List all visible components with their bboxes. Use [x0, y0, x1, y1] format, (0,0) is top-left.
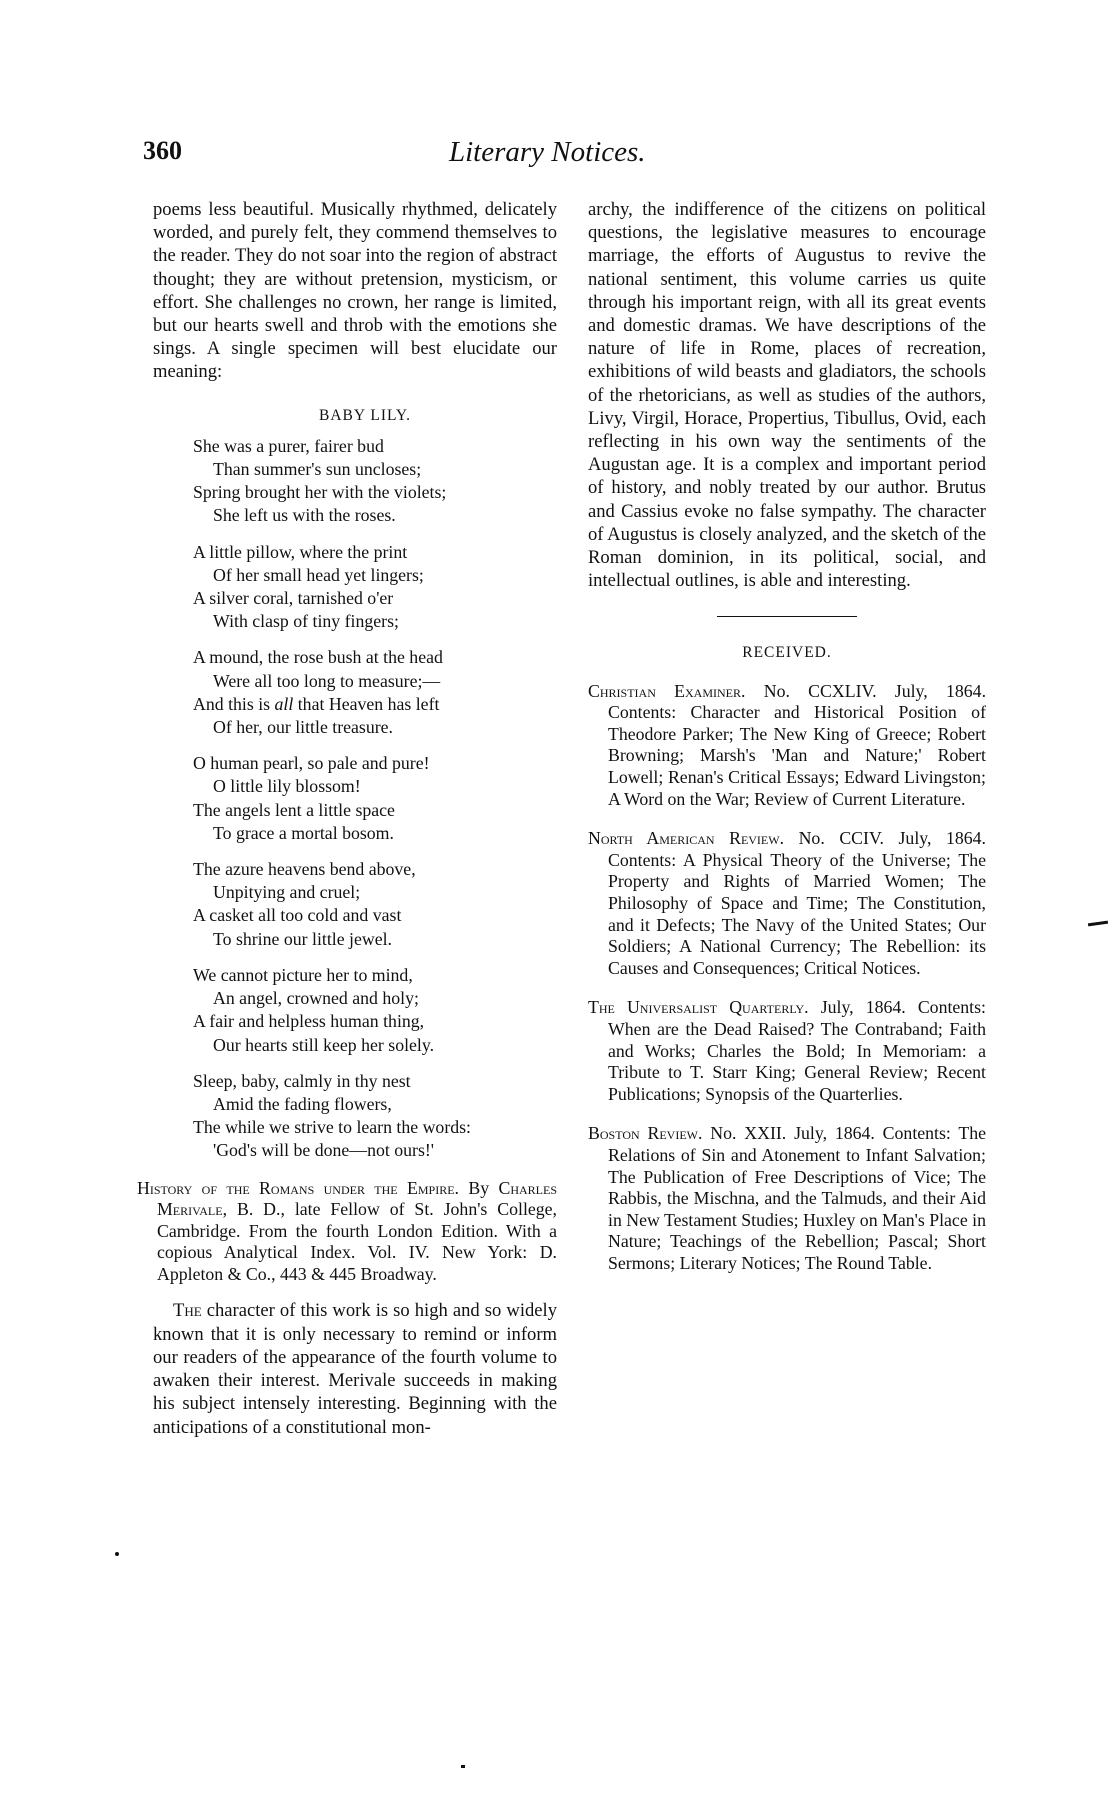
poem-line-with-italic: And this is all that Heaven has left	[193, 693, 557, 716]
poem-line: To shrine our little jewel.	[193, 928, 557, 951]
periodical-name: Christian Examiner.	[588, 681, 745, 701]
poem-line: We cannot picture her to mind,	[193, 964, 557, 987]
poem-text: And this is	[193, 694, 275, 714]
review-lead-word: The	[173, 1300, 202, 1321]
poem-line: The while we strive to learn the words:	[193, 1116, 557, 1139]
poem-line: Amid the fading flowers,	[193, 1093, 557, 1116]
scan-artifact-dot	[115, 1552, 119, 1556]
periodical-name: Boston Review.	[588, 1123, 702, 1143]
poem-line: Were all too long to measure;—	[193, 670, 557, 693]
poem-line: Spring brought her with the violets;	[193, 481, 557, 504]
page-number: 360	[143, 136, 182, 166]
right-column: archy, the indifference of the citizens …	[588, 198, 986, 1293]
poem-line: Sleep, baby, calmly in thy nest	[193, 1070, 557, 1093]
poem-line: Of her, our little treasure.	[193, 716, 557, 739]
periodical-contents: No. CCIV. July, 1864. Contents: A Physic…	[608, 828, 986, 978]
poem-line: Our hearts still keep her solely.	[193, 1034, 557, 1057]
poem-line: She left us with the roses.	[193, 504, 557, 527]
received-heading: RECEIVED.	[588, 641, 986, 664]
poem-stanza: A little pillow, where the print Of her …	[193, 541, 557, 634]
poem-line: With clasp of tiny fingers;	[193, 610, 557, 633]
document-page: 360 Literary Notices. poems less beautif…	[0, 0, 1120, 1800]
book-title: History of the Romans under the Empire.	[137, 1178, 459, 1198]
poem-line: To grace a mortal bosom.	[193, 822, 557, 845]
poem-line: O little lily blossom!	[193, 775, 557, 798]
poem-stanza: Sleep, baby, calmly in thy nest Amid the…	[193, 1070, 557, 1163]
poem-line: A silver coral, tarnished o'er	[193, 587, 557, 610]
scan-artifact-mark	[1088, 921, 1108, 927]
poem-stanza: The azure heavens bend above, Unpitying …	[193, 858, 557, 951]
poem-line: Unpitying and cruel;	[193, 881, 557, 904]
poem-line: O human pearl, so pale and pure!	[193, 752, 557, 775]
section-divider	[717, 616, 857, 617]
scan-artifact-dot	[461, 1765, 465, 1768]
poem-line: An angel, crowned and holy;	[193, 987, 557, 1010]
book-entry-history-of-romans: History of the Romans under the Empire. …	[137, 1178, 557, 1286]
received-entry: North American Review. No. CCIV. July, 1…	[588, 828, 986, 979]
poem-title: BABY LILY.	[153, 404, 557, 427]
periodical-contents: No. XXII. July, 1864. Contents: The Rela…	[608, 1123, 986, 1273]
review-text: character of this work is so high and so…	[153, 1300, 557, 1437]
periodical-name: The Universalist Quarterly.	[588, 997, 809, 1017]
poem-line: The azure heavens bend above,	[193, 858, 557, 881]
running-title: Literary Notices.	[449, 136, 646, 169]
poem-line: Than summer's sun uncloses;	[193, 458, 557, 481]
poem-italic-word: all	[275, 694, 294, 714]
poem-line: A little pillow, where the print	[193, 541, 557, 564]
poem-line: A casket all too cold and vast	[193, 904, 557, 927]
poem-stanza: A mound, the rose bush at the head Were …	[193, 646, 557, 739]
poem-line: A mound, the rose bush at the head	[193, 646, 557, 669]
poem-line: She was a purer, fairer bud	[193, 435, 557, 458]
poem-line: A fair and helpless human thing,	[193, 1010, 557, 1033]
received-entry: Boston Review. No. XXII. July, 1864. Con…	[588, 1123, 986, 1274]
poem-text: that Heaven has left	[293, 694, 439, 714]
poem-line: 'God's will be done—not ours!'	[193, 1139, 557, 1162]
poem-stanza: O human pearl, so pale and pure! O littl…	[193, 752, 557, 845]
page-header: 360 Literary Notices.	[143, 136, 983, 176]
received-entry: The Universalist Quarterly. July, 1864. …	[588, 997, 986, 1105]
left-column: poems less beautiful. Musically rhythmed…	[153, 198, 557, 1439]
book-review-paragraph: The character of this work is so high an…	[153, 1299, 557, 1438]
intro-paragraph: poems less beautiful. Musically rhythmed…	[153, 198, 557, 384]
poem-line: Of her small head yet lingers;	[193, 564, 557, 587]
received-entry: Christian Examiner. No. CCXLIV. July, 18…	[588, 681, 986, 811]
continuation-paragraph: archy, the indifference of the citizens …	[588, 198, 986, 592]
poem-stanza: We cannot picture her to mind, An angel,…	[193, 964, 557, 1057]
periodical-name: North American Review.	[588, 828, 784, 848]
poem-stanza: She was a purer, fairer bud Than summer'…	[193, 435, 557, 528]
poem-line: The angels lent a little space	[193, 799, 557, 822]
book-by: By	[468, 1178, 498, 1198]
